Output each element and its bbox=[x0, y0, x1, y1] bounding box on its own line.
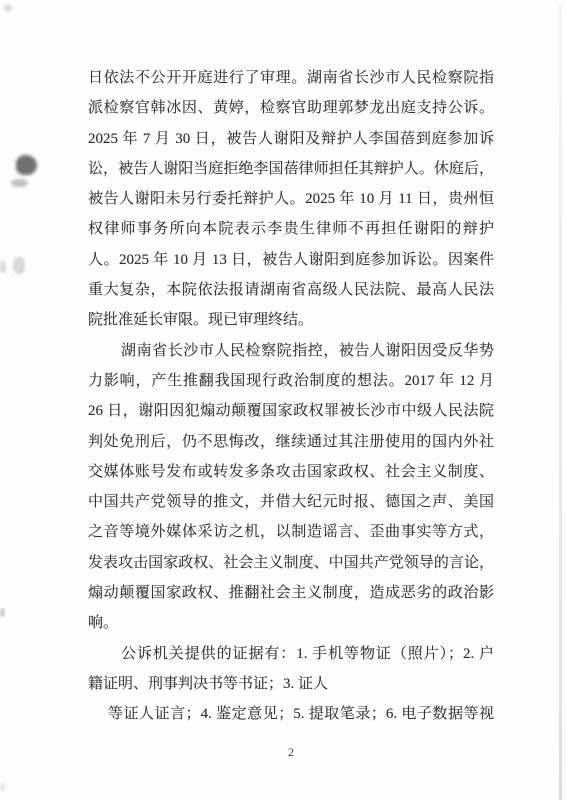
text-line: 人。2025 年 10 月 13 日，被告人谢阳到庭参加诉讼。因案件 bbox=[88, 245, 494, 275]
text-line: 响。 bbox=[88, 608, 494, 638]
text-line: 日依法不公开开庭进行了审理。湖南省长沙市人民检察院指 bbox=[88, 63, 494, 93]
scan-smudge bbox=[13, 257, 25, 274]
text-line: 讼，被告人谢阳当庭拒绝李国蓓律师担任其辩护人。休庭后， bbox=[88, 154, 494, 184]
text-line: 等证人证言；4. 鉴定意见；5. 提取笔录；6. 电子数据等视 bbox=[88, 699, 494, 729]
scan-smudge bbox=[4, 4, 12, 12]
page-number: 2 bbox=[88, 745, 494, 759]
text-line: 重大复杂，本院依法报请湖南省高级人民法院、最高人民法 bbox=[88, 275, 494, 305]
text-line: 之音等境外媒体采访之机，以制造谣言、歪曲事实等方式， bbox=[88, 517, 494, 547]
text-line: 院批准延长审限。现已审理终结。 bbox=[88, 305, 494, 335]
text-line: 发表攻击国家政权、社会主义制度、中国共产党领导的言论， bbox=[88, 548, 494, 578]
body-text: 日依法不公开开庭进行了审理。湖南省长沙市人民检察院指派检察官韩冰因、黄婷，检察官… bbox=[88, 63, 494, 730]
scan-smudge bbox=[0, 608, 5, 617]
document-page: 日依法不公开开庭进行了审理。湖南省长沙市人民检察院指派检察官韩冰因、黄婷，检察官… bbox=[0, 0, 566, 800]
text-line: 26 日，谢阳因犯煽动颠覆国家政权罪被长沙市中级人民法院 bbox=[88, 396, 494, 426]
text-line: 权律师事务所向本院表示李贵生律师不再担任谢阳的辩护 bbox=[88, 214, 494, 244]
text-line: 公诉机关提供的证据有：1. 手机等物证（照片）；2. 户 bbox=[88, 639, 494, 669]
scan-smudge bbox=[0, 261, 6, 273]
scan-smudge bbox=[16, 155, 37, 175]
text-line: 湖南省长沙市人民检察院指控，被告人谢阳因受反华势 bbox=[88, 336, 494, 366]
text-line: 煽动颠覆国家政权、推翻社会主义制度，造成恶劣的政治影 bbox=[88, 578, 494, 608]
text-line: 判处免刑后，仍不思悔改，继续通过其注册使用的国内外社 bbox=[88, 427, 494, 457]
scan-smudge bbox=[0, 783, 5, 791]
text-line: 中国共产党领导的推文，并借大纪元时报、德国之声、美国 bbox=[88, 487, 494, 517]
text-line: 派检察官韩冰因、黄婷，检察官助理郭梦龙出庭支持公诉。 bbox=[88, 93, 494, 123]
text-line: 被告人谢阳未另行委托辩护人。2025 年 10 月 11 日，贵州恒 bbox=[88, 184, 494, 214]
text-line: 力影响，产生推翻我国现行政治制度的想法。2017 年 12 月 bbox=[88, 366, 494, 396]
text-line: 2025 年 7 月 30 日，被告人谢阳及辩护人李国蓓到庭参加诉 bbox=[88, 124, 494, 154]
text-line: 交媒体账号发布或转发多条攻击国家政权、社会主义制度、 bbox=[88, 457, 494, 487]
page-edge-shadow bbox=[559, 4, 562, 800]
scan-smudge bbox=[11, 179, 28, 187]
text-line: 籍证明、刑事判决书等书证；3. 证人 bbox=[88, 669, 494, 699]
